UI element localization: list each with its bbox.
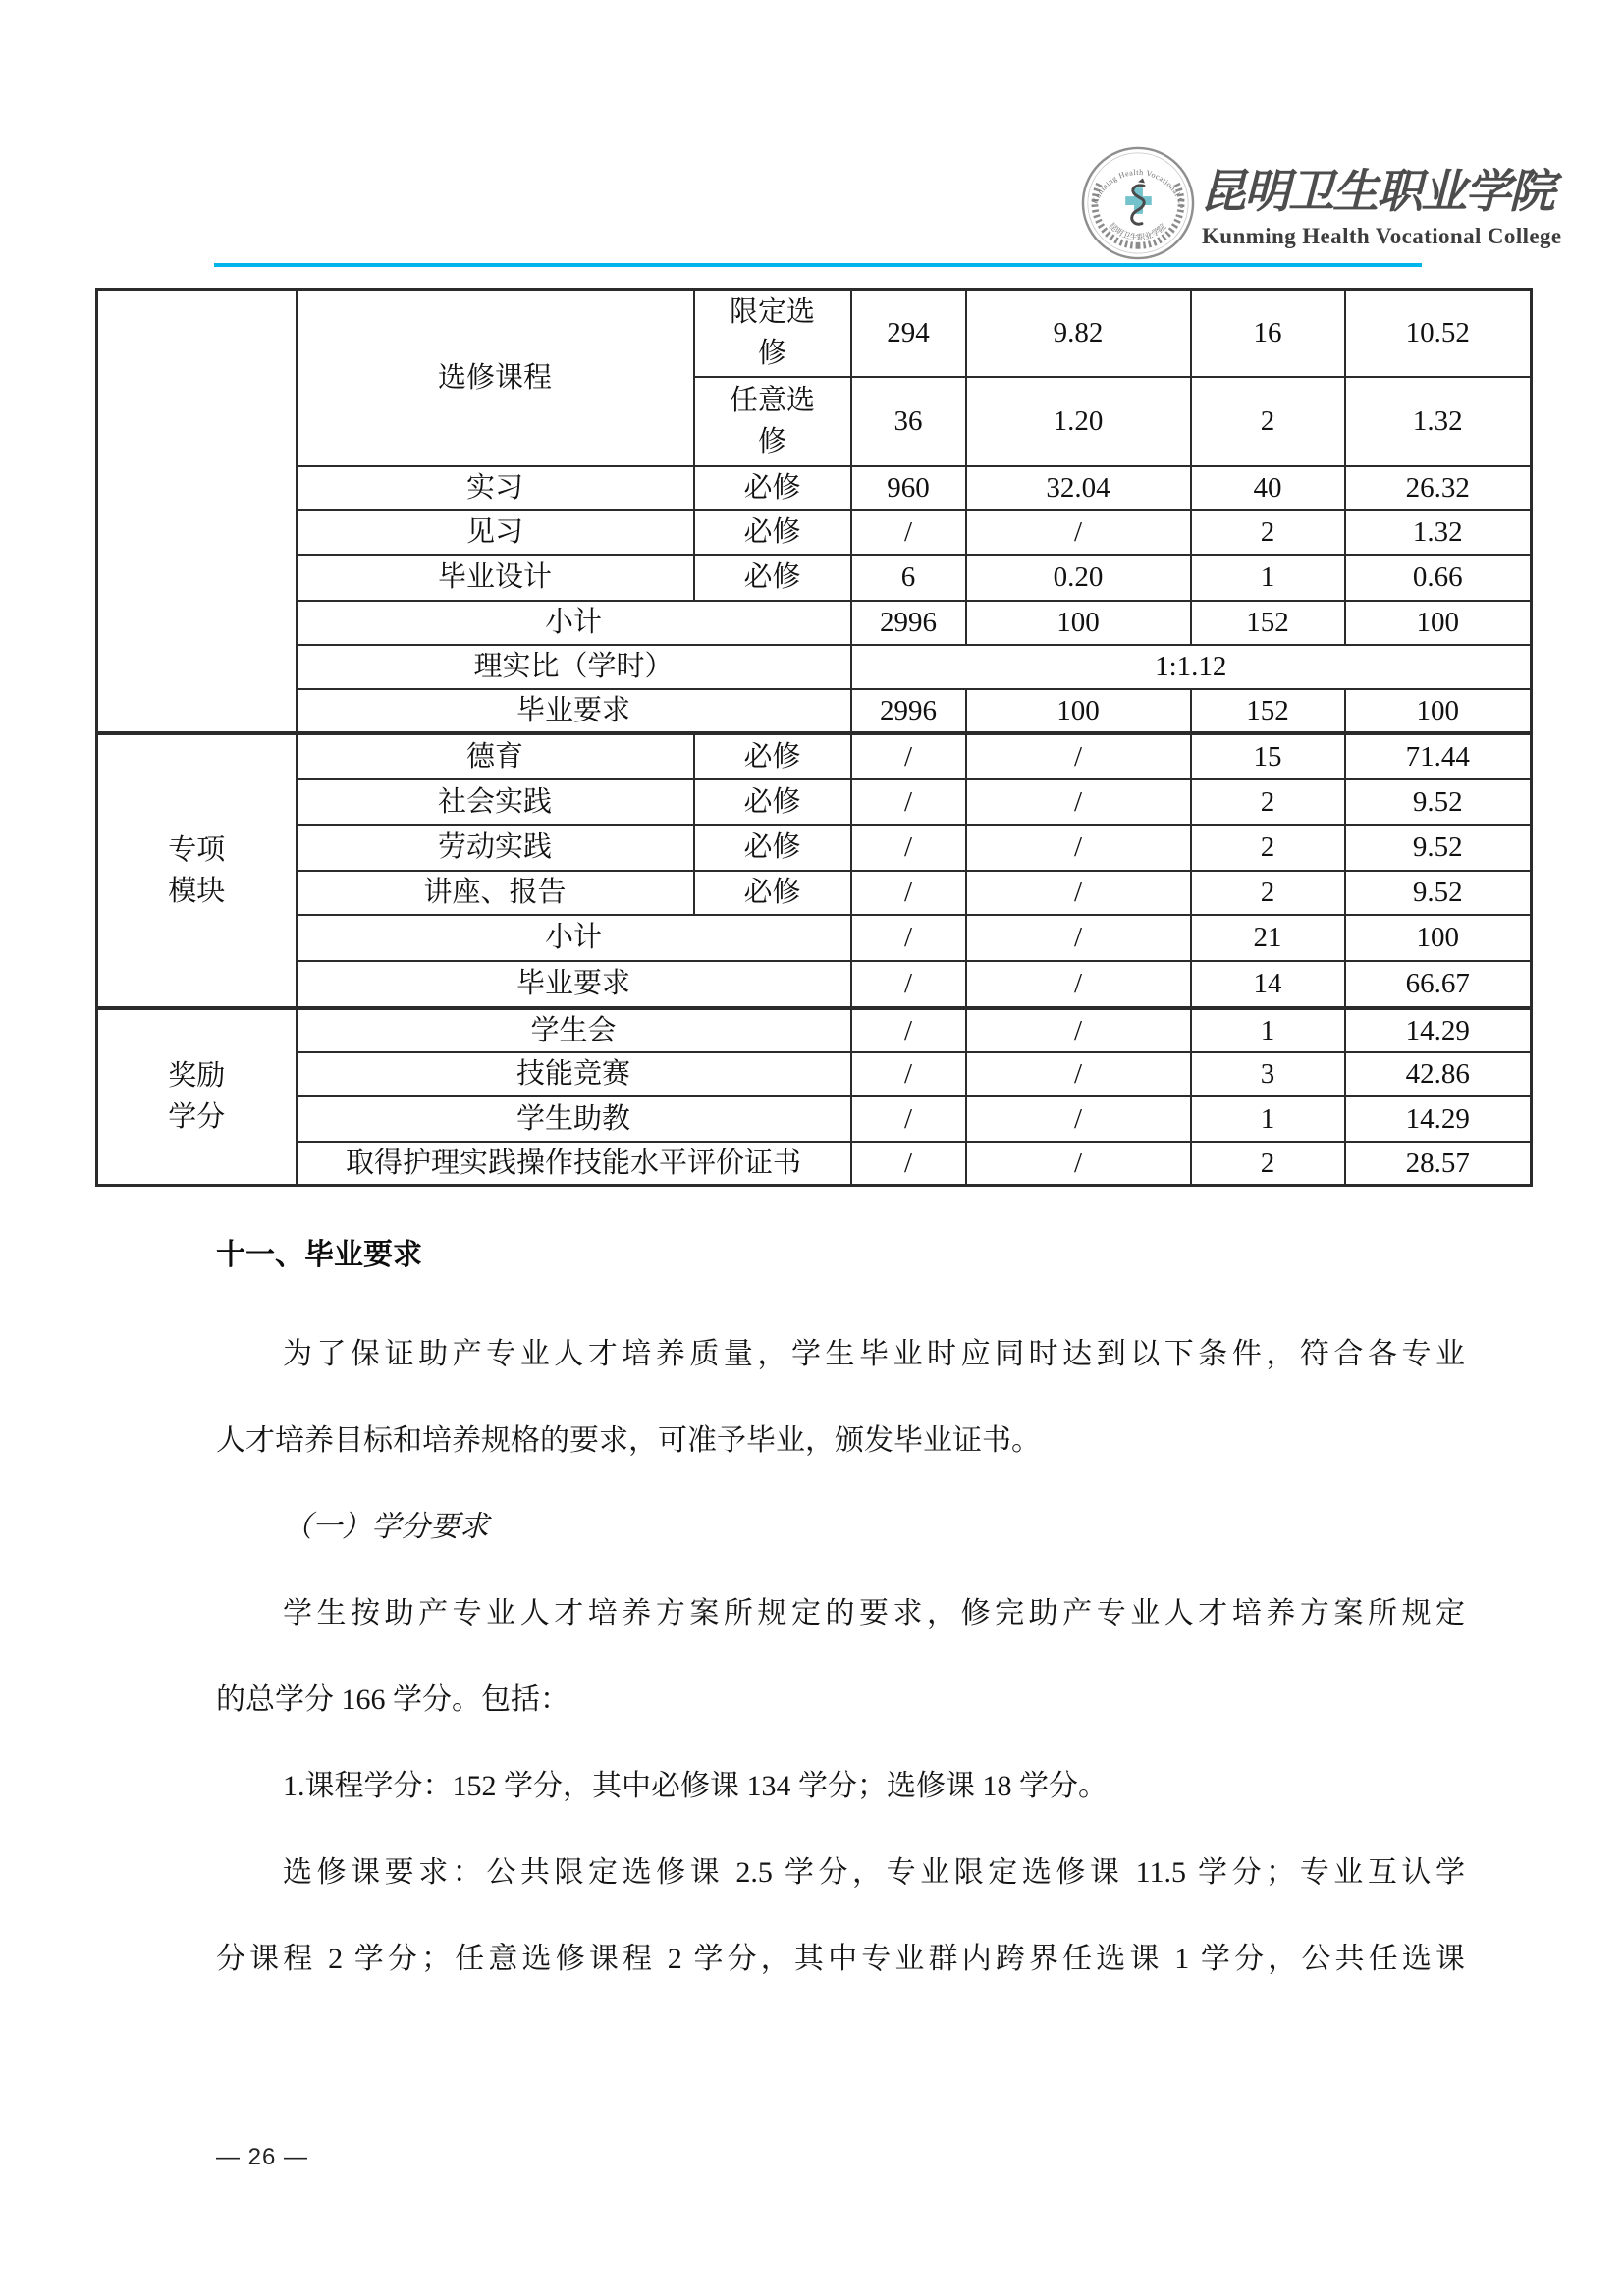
table-cell: / [966,825,1191,871]
table-cell: 讲座、报告 [297,871,694,915]
table-cell: 1.32 [1345,510,1532,555]
table-cell: / [851,510,966,555]
table-cell: 14 [1191,961,1345,1008]
table-cell: / [966,871,1191,915]
table-cell: / [966,510,1191,555]
table-cell: 小计 [297,915,851,961]
table-row: 取得护理实践操作技能水平评价证书//228.57 [97,1142,1532,1186]
table-row: 实习必修96032.044026.32 [97,466,1532,510]
table-cell: 66.67 [1345,961,1532,1008]
table-cell: 71.44 [1345,733,1532,779]
table-cell: 必修 [694,510,851,555]
table-cell: 毕业设计 [297,555,694,601]
table-cell: / [966,915,1191,961]
table-cell: 1 [1191,555,1345,601]
table-cell: 德育 [297,733,694,779]
table-cell: 9.52 [1345,779,1532,825]
table-cell: / [966,1052,1191,1096]
table-cell [97,290,297,733]
table-cell: 6 [851,555,966,601]
table-cell: / [966,1142,1191,1186]
table-cell: 0.20 [966,555,1191,601]
table-cell: 毕业要求 [297,961,851,1008]
table-cell: 14.29 [1345,1096,1532,1142]
table-cell: 9.82 [966,290,1191,377]
table-cell: 9.52 [1345,825,1532,871]
table-cell: 2 [1191,825,1345,871]
table-cell: 3 [1191,1052,1345,1096]
table-cell: 152 [1191,601,1345,645]
table-cell: 26.32 [1345,466,1532,510]
paragraph-line: 选修课要求：公共限定选修课 2.5 学分，专业限定选修课 11.5 学分；专业互… [216,1830,1465,1916]
table-cell: 2996 [851,601,966,645]
table-cell: 100 [1345,915,1532,961]
table-cell: 100 [1345,601,1532,645]
table-cell: 40 [1191,466,1345,510]
table-cell: 152 [1191,689,1345,733]
table-cell: 必修 [694,466,851,510]
table-cell: 2 [1191,871,1345,915]
table-row: 毕业要求2996100152100 [97,689,1532,733]
table-cell: 0.66 [1345,555,1532,601]
table-cell: 294 [851,290,966,377]
table-cell: / [851,733,966,779]
table-cell: 28.57 [1345,1142,1532,1186]
table-cell: 必修 [694,555,851,601]
table-cell: 1 [1191,1008,1345,1052]
table-row: 毕业设计必修60.2010.66 [97,555,1532,601]
table-cell: 2 [1191,1142,1345,1186]
table-row: 讲座、报告必修//29.52 [97,871,1532,915]
table-cell: / [966,961,1191,1008]
paragraph-line: 1.课程学分：152 学分，其中必修课 134 学分；选修课 18 学分。 [216,1743,1465,1830]
table-cell: 必修 [694,733,851,779]
table-cell: / [851,961,966,1008]
table-cell: / [966,733,1191,779]
table-row: 专项 模块德育必修//1571.44 [97,733,1532,779]
page-number: — 26 — [216,2144,308,2171]
table-row: 劳动实践必修//29.52 [97,825,1532,871]
table-cell: 960 [851,466,966,510]
table-row: 技能竞赛//342.86 [97,1052,1532,1096]
table-cell: 必修 [694,825,851,871]
table-row: 毕业要求//1466.67 [97,961,1532,1008]
paragraph-line: 学生按助产专业人才培养方案所规定的要求，修完助产专业人才培养方案所规定 [216,1571,1465,1657]
table-cell: 学生会 [297,1008,851,1052]
table-cell: / [851,1008,966,1052]
table-cell: 14.29 [1345,1008,1532,1052]
table-cell: / [851,871,966,915]
table-cell: 社会实践 [297,779,694,825]
table-cell: 1.20 [966,377,1191,466]
table-cell: 小计 [297,601,851,645]
table-cell: / [851,1052,966,1096]
paragraph-line: 为了保证助产专业人才培养质量，学生毕业时应同时达到以下条件，符合各专业 [216,1311,1465,1398]
paragraph-line: 的总学分 166 学分。包括： [216,1657,1465,1743]
table-cell: 实习 [297,466,694,510]
table-cell: / [851,825,966,871]
table-cell: 1 [1191,1096,1345,1142]
table-row: 选修课程限定选 修2949.821610.52 [97,290,1532,377]
table-cell: / [966,779,1191,825]
college-name-en: Kunming Health Vocational College [1202,224,1536,249]
table-cell: 100 [966,689,1191,733]
table-cell: 毕业要求 [297,689,851,733]
table-cell: / [966,1008,1191,1052]
college-name-zh: 昆明卫生职业学院 [1200,155,1563,230]
table-cell: 100 [1345,689,1532,733]
table-cell: 见习 [297,510,694,555]
table-cell: 技能竞赛 [297,1052,851,1096]
table-cell: 9.52 [1345,871,1532,915]
table-cell: 15 [1191,733,1345,779]
body-text-block: 为了保证助产专业人才培养质量，学生毕业时应同时达到以下条件，符合各专业 人才培养… [216,1311,1465,2002]
table-cell: 限定选 修 [694,290,851,377]
table-row: 学生助教//114.29 [97,1096,1532,1142]
subsection-heading: （一）学分要求 [216,1484,1465,1571]
table-cell: 学生助教 [297,1096,851,1142]
table-cell: 10.52 [1345,290,1532,377]
table-cell: 1.32 [1345,377,1532,466]
table-cell: 奖励 学分 [97,1008,297,1186]
table-cell: 42.86 [1345,1052,1532,1096]
table-cell: 劳动实践 [297,825,694,871]
paragraph-line: 分课程 2 学分；任意选修课程 2 学分，其中专业群内跨界任选课 1 学分，公共… [216,1916,1465,2002]
table-cell: 2 [1191,510,1345,555]
college-seal-logo: Kunming Health Vocational College 昆明卫生职业… [1080,145,1196,261]
table-row: 小计2996100152100 [97,601,1532,645]
table-cell: 任意选 修 [694,377,851,466]
table-cell: 理实比（学时） [297,645,851,689]
paragraph-line: 人才培养目标和培养规格的要求，可准予毕业，颁发毕业证书。 [216,1398,1465,1484]
table-cell: 2996 [851,689,966,733]
section-heading: 十一、毕业要求 [216,1230,422,1273]
table-cell: / [851,779,966,825]
table-row: 社会实践必修//29.52 [97,779,1532,825]
table-cell: 2 [1191,377,1345,466]
table-cell: 必修 [694,871,851,915]
table-cell: / [966,1096,1191,1142]
table-cell: / [851,915,966,961]
table-row: 见习必修//21.32 [97,510,1532,555]
table-cell: 取得护理实践操作技能水平评价证书 [297,1142,851,1186]
table-cell: / [851,1096,966,1142]
header-divider-rule [214,263,1422,267]
table-cell: / [851,1142,966,1186]
table-cell: 100 [966,601,1191,645]
table-row: 奖励 学分学生会//114.29 [97,1008,1532,1052]
table-cell: 16 [1191,290,1345,377]
table-cell: 2 [1191,779,1345,825]
table-cell: 36 [851,377,966,466]
table-cell: 21 [1191,915,1345,961]
credits-table: 选修课程限定选 修2949.821610.52任意选 修361.2021.32实… [95,288,1533,1187]
table-cell: 32.04 [966,466,1191,510]
document-page: Kunming Health Vocational College 昆明卫生职业… [0,0,1624,2296]
table-cell: 1:1.12 [851,645,1532,689]
table-cell: 专项 模块 [97,733,297,1008]
table-cell: 必修 [694,779,851,825]
table-row: 小计//21100 [97,915,1532,961]
table-cell: 选修课程 [297,290,694,466]
table-row: 理实比（学时）1:1.12 [97,645,1532,689]
